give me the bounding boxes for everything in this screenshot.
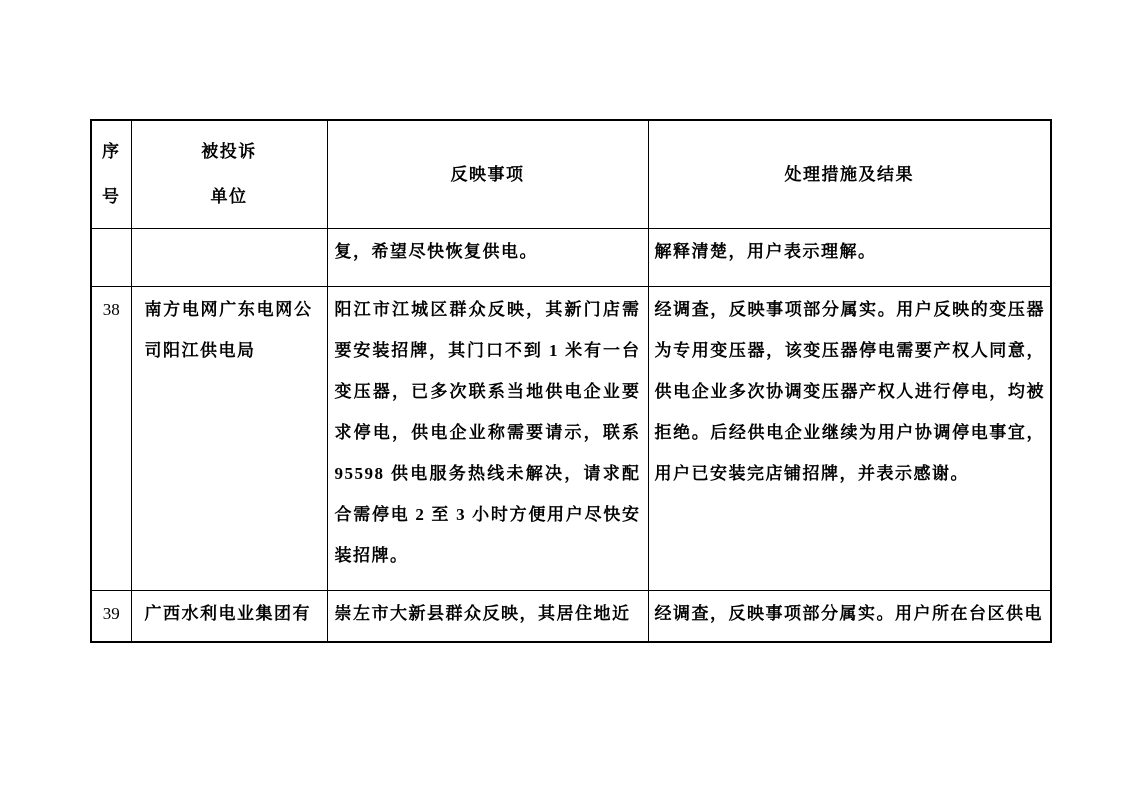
header-complained-unit: 被投诉 单位: [131, 120, 327, 228]
cell-complained-unit: [131, 228, 327, 286]
header-handling-result: 处理措施及结果: [648, 120, 1051, 228]
cell-complained-unit: 南方电网广东电网公司阳江供电局: [131, 286, 327, 590]
cell-reported-matter: 阳江市江城区群众反映，其新门店需要安装招牌，其门口不到 1 米有一台变压器，已多…: [327, 286, 648, 590]
cell-handling-result: 经调查，反映事项部分属实。用户反映的变压器为专用变压器，该变压器停电需要产权人同…: [648, 286, 1051, 590]
table-row-38: 38 南方电网广东电网公司阳江供电局 阳江市江城区群众反映，其新门店需要安装招牌…: [91, 286, 1051, 590]
complaints-table: 序 号 被投诉 单位 反映事项 处理措施及结果 复，希望尽快恢复供电。 解释清楚…: [90, 119, 1052, 643]
header-reported-matter: 反映事项: [327, 120, 648, 228]
cell-reported-matter: 崇左市大新县群众反映，其居住地近: [327, 590, 648, 642]
table-row-39: 39 广西水利电业集团有 崇左市大新县群众反映，其居住地近 经调查，反映事项部分…: [91, 590, 1051, 642]
document-page: 序 号 被投诉 单位 反映事项 处理措施及结果 复，希望尽快恢复供电。 解释清楚…: [0, 0, 1122, 793]
cell-reported-matter: 复，希望尽快恢复供电。: [327, 228, 648, 286]
table-header-row: 序 号 被投诉 单位 反映事项 处理措施及结果: [91, 120, 1051, 228]
cell-serial-number: [91, 228, 131, 286]
cell-serial-number: 39: [91, 590, 131, 642]
cell-serial-number: 38: [91, 286, 131, 590]
cell-handling-result: 经调查，反映事项部分属实。用户所在台区供电: [648, 590, 1051, 642]
header-serial-number: 序 号: [91, 120, 131, 228]
cell-complained-unit: 广西水利电业集团有: [131, 590, 327, 642]
table-row-continuation: 复，希望尽快恢复供电。 解释清楚，用户表示理解。: [91, 228, 1051, 286]
cell-handling-result: 解释清楚，用户表示理解。: [648, 228, 1051, 286]
